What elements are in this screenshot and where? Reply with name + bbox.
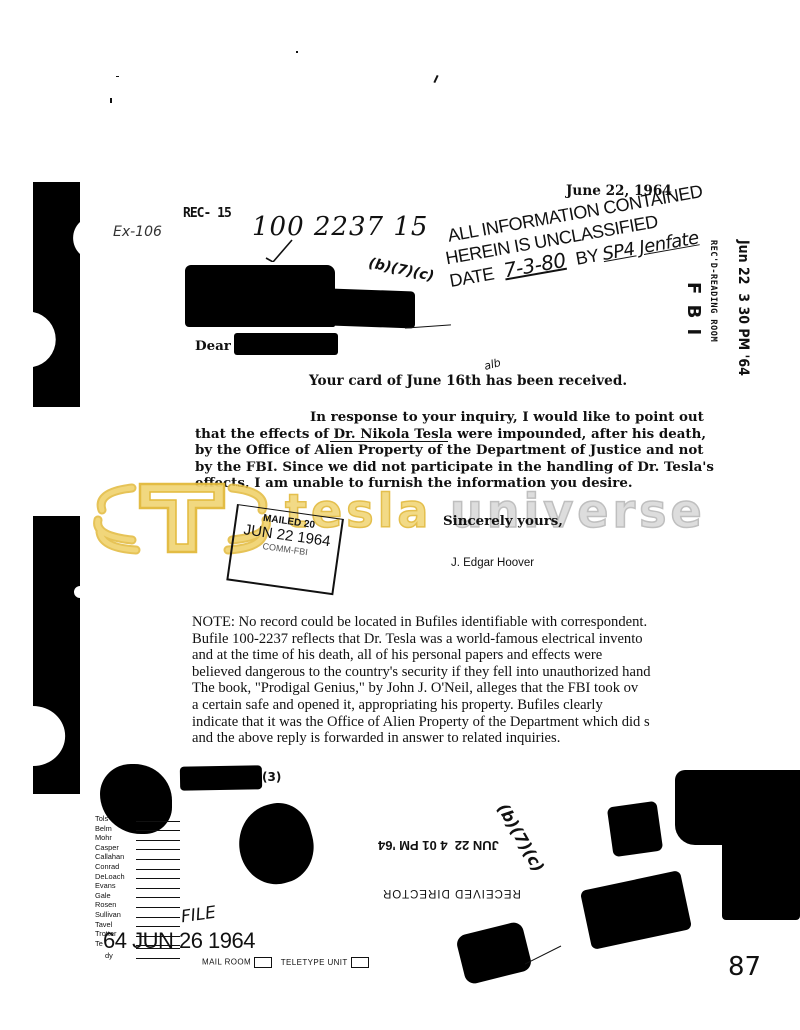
routing-item: Evans (95, 881, 180, 891)
note-line: believed dangerous to the country's secu… (192, 664, 651, 681)
routing-item: Rosen (95, 900, 180, 910)
redaction-blob-center (230, 796, 322, 892)
speck (433, 75, 438, 83)
binder-strip-bottom (33, 516, 80, 794)
note-line: and the above reply is forwarded in answ… (192, 730, 651, 747)
speck (110, 98, 112, 103)
note-line: and at the time of his death, all of his… (192, 647, 651, 664)
redaction-salutation-name (234, 333, 338, 355)
redaction-addressee (185, 265, 335, 327)
filed-stamp: 64 JUN 26 1964 (103, 928, 255, 954)
note-line: Bufile 100-2237 reflects that Dr. Tesla … (192, 631, 651, 648)
teletype-label: TELETYPE UNIT (281, 958, 348, 967)
redaction-blob-right-mid (580, 870, 692, 950)
fbi-reading-room-stamp: REC'D-READING ROOM F B I Jun 22 3 30 PM … (683, 240, 793, 390)
note-line: indicate that it was the Office of Alien… (192, 714, 651, 731)
declass-by: BY (574, 245, 600, 269)
routing-item: Tols (95, 814, 180, 824)
routing-item: DeLoach (95, 872, 180, 882)
routing-item: Sullivan (95, 910, 180, 920)
pointer-line (525, 944, 565, 966)
internal-note: NOTE: No record could be located in Bufi… (192, 614, 651, 747)
fbi-letters: F B I (683, 282, 704, 337)
note-line: NOTE: No record could be located in Bufi… (192, 614, 651, 631)
salutation: Dear (195, 338, 231, 355)
mail-room-checkbox (254, 957, 272, 968)
body-line: In response to your inquiry, I would lik… (195, 409, 714, 426)
routing-item: Gale (95, 891, 180, 901)
routing-item: Belm (95, 824, 180, 834)
teletype-checkbox (351, 957, 369, 968)
body-line: by the Office of Alien Property of the D… (195, 442, 714, 459)
declass-date-label: DATE (448, 264, 495, 291)
body-line: by the FBI. Since we did not participate… (195, 459, 714, 476)
reading-room-time: Jun 22 3 30 PM '64 (735, 240, 751, 376)
redaction-blob-bottom (455, 921, 533, 986)
opening-line: Your card of June 16th has been received… (309, 373, 627, 390)
note-line: The book, "Prodigal Genius," by John J. … (192, 680, 651, 697)
speck (116, 76, 119, 77)
copies-count: (3) (262, 770, 281, 784)
routing-item: Casper (95, 843, 180, 853)
speck (296, 51, 298, 53)
tesla-name-underline (330, 441, 448, 442)
note-line: a certain safe and opened it, appropriat… (192, 697, 651, 714)
reading-room-label: REC'D-READING ROOM (708, 240, 718, 342)
exemption-mark-bottom: (b)(7)(c) (494, 800, 548, 875)
redaction-copies (180, 765, 262, 790)
redaction-blob-right-small (607, 801, 663, 857)
body-line: that the effects of Dr. Nikola Tesla wer… (195, 426, 714, 443)
redaction-addressee-tail (330, 289, 415, 329)
mailed-stamp: MAILED 20 JUN 22 1964 COMM-FBI (226, 504, 344, 595)
routing-item: Callahan (95, 852, 180, 862)
binder-strip-top (33, 182, 80, 407)
signature: J. Edgar Hoover (451, 557, 534, 569)
letter-body: In response to your inquiry, I would lik… (195, 409, 714, 492)
closing: Sincerely yours, (443, 513, 563, 530)
received-director-time: JUN 22 4 01 PM '64 (378, 838, 499, 853)
routing-item: Conrad (95, 862, 180, 872)
handwritten-initials: alb (483, 356, 503, 373)
handwritten-file: FILE (180, 903, 217, 928)
rec-stamp: REC- 15 (183, 206, 231, 221)
exemption-mark-top: (b)(7)(c) (367, 255, 435, 284)
mail-room-field: MAIL ROOM TELETYPE UNIT (202, 957, 369, 968)
check-mark (264, 238, 294, 262)
routing-item: Mohr (95, 833, 180, 843)
received-director-stamp: RECEIVED DIRECTOR (382, 887, 521, 899)
redaction-blob-right-large (722, 820, 800, 920)
page-number: 87 (728, 952, 761, 982)
handwritten-ex-mark: Ex-106 (113, 224, 162, 240)
mail-room-label: MAIL ROOM (202, 958, 251, 967)
